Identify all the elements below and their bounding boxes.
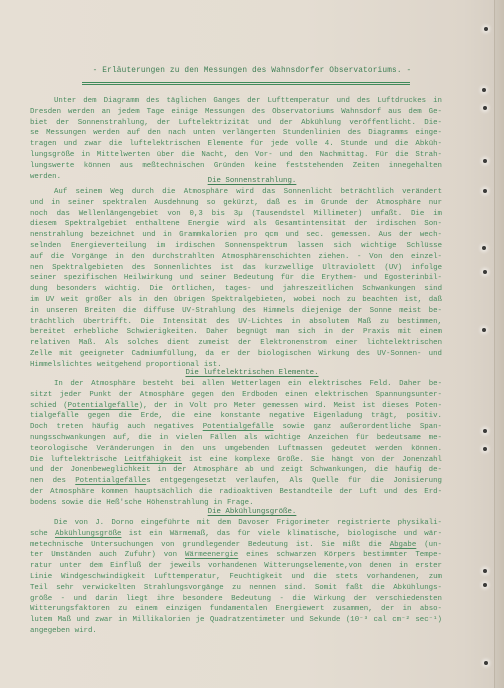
text-line: bereitet erhebliche Schwierigkeiten. Dah… [30, 327, 442, 338]
text-line: Die von J. Dorno eingeführte mit dem Dav… [30, 518, 442, 529]
section-heading-luftelektrische-elemente: Die luftelektrischen Elemente. [0, 369, 504, 377]
text-line: tragen und zwar die luftelektrischen Ele… [30, 139, 442, 150]
text-line: trächtlich übertrifft. Die Intensität de… [30, 317, 442, 328]
text-line: Unter dem Diagramm des täglichen Ganges … [30, 96, 442, 107]
text-line: nen des Potentialgefälles entgegengesetz… [30, 476, 442, 487]
text-line: ratur unter dem Einfluß der jeweils vorh… [30, 561, 442, 572]
text-line: schied (Potentialgefälle), der in Volt p… [30, 401, 442, 412]
text-line: nungsschwankungen auf, die in vielen Fäl… [30, 433, 442, 444]
text-line: selnden Energieverteilung im irdischen S… [30, 241, 442, 252]
intro-paragraph: Unter dem Diagramm des täglichen Ganges … [30, 96, 442, 182]
text-line: nenstrahlung bezeichnet und in Grammkalo… [30, 230, 442, 241]
text-line: und der Jonenbeweglichkeit in der Atmosp… [30, 465, 442, 476]
section-paragraph-abkuehlungsgroesse: Die von J. Dorno eingeführte mit dem Dav… [30, 518, 442, 637]
document-page: - Erläuterungen zu den Messungen des Wah… [0, 0, 504, 688]
text-line: noch das Wellenlängengebiet von 0,3 bis … [30, 209, 442, 220]
text-line: nen Spektralgebieten des Sonnenlichtes i… [30, 263, 442, 274]
text-line: angegeben wird. [30, 626, 442, 637]
binder-hole [482, 328, 486, 332]
text-line: lungswerte können aus meßtechnischen Grü… [30, 161, 442, 172]
text-line: Doch treten häufig auch negatives Potent… [30, 422, 442, 433]
heading-text: Die luftelektrischen Elemente. [185, 369, 318, 377]
text-line: der Atmosphäre kommen hauptsächlich die … [30, 487, 442, 498]
text-line: tialgefälle gegen die Erde, die eine kon… [30, 411, 442, 422]
text-line: In der Atmosphäre besteht bei allen Wett… [30, 379, 442, 390]
text-line: auf die Vorgänge in den durchstrahlten A… [30, 252, 442, 263]
page-edge [494, 0, 504, 688]
section-paragraph-luftelektrische-elemente: In der Atmosphäre besteht bei allen Wett… [30, 379, 442, 509]
binder-hole [483, 583, 487, 587]
binder-hole [484, 661, 488, 665]
text-line: seiner spezifischen Heilwirkung und sein… [30, 273, 442, 284]
binder-hole [483, 429, 487, 433]
heading-text: Die Sonnenstrahlung. [208, 177, 297, 185]
text-line: diesem Spektralgebiet enthaltene Energie… [30, 219, 442, 230]
binder-hole [484, 27, 488, 31]
binder-hole [483, 447, 487, 451]
text-line: dung besonders wichtig. Die örtlichen, t… [30, 284, 442, 295]
text-line: ter Umständen auch Zufuhr) von Wärmeener… [30, 550, 442, 561]
text-line: Teil sehr verwickelten Strahlungsvorgäng… [30, 583, 442, 594]
text-line: Auf seinem Weg durch die Atmosphäre wird… [30, 187, 442, 198]
text-line: Zelle mit geeigneter Cadmiumfüllung, da … [30, 349, 442, 360]
heading-text: Die Abkühlungsgröße. [208, 508, 297, 516]
text-line: lungsgröße in Mittelwerten über die Nach… [30, 150, 442, 161]
text-line: se Messungen werden auf den nach unten v… [30, 128, 442, 139]
text-line: lutem Maß und zwar in Millikalorien je Q… [30, 615, 442, 626]
text-line: in unseren Breiten die diffuse UV-Strahl… [30, 306, 442, 317]
text-line: sche Abkühlungsgröße ist ein Wärmemaß, d… [30, 529, 442, 540]
binder-hole [483, 270, 487, 274]
text-line: Linie Windgeschwindigkeit Lufttemperatur… [30, 572, 442, 583]
section-heading-sonnenstrahlung: Die Sonnenstrahlung. [0, 177, 504, 185]
text-line: relativen Maß. Als solches dient zumeist… [30, 338, 442, 349]
text-line: teorologische Veränderungen in den uns u… [30, 444, 442, 455]
text-line: sitzt jeder Punkt der Atmosphäre gegen d… [30, 390, 442, 401]
text-line: im UV weit größer als in den übrigen Spe… [30, 295, 442, 306]
binder-hole [483, 159, 487, 163]
text-line: metechnische Untersuchungen von grundleg… [30, 540, 442, 551]
binder-hole [483, 106, 487, 110]
binder-hole [483, 189, 487, 193]
section-heading-abkuehlungsgroesse: Die Abkühlungsgröße. [0, 508, 504, 516]
section-paragraph-sonnenstrahlung: Auf seinem Weg durch die Atmosphäre wird… [30, 187, 442, 371]
document-title: - Erläuterungen zu den Messungen des Wah… [0, 67, 504, 75]
text-line: Dresden werden an jedem Tage einige Mess… [30, 107, 442, 118]
text-line: und in seiner spektralen Ausdehnung so g… [30, 198, 442, 209]
binder-hole [482, 246, 486, 250]
text-line: biet der Sonnenstrahlung, der Luftelektr… [30, 118, 442, 129]
text-line: bodens sowie die Heß'sche Höhenstrahlung… [30, 498, 442, 509]
title-double-underline [82, 82, 410, 85]
text-line: größe - und darin liegt ihre besondere B… [30, 594, 442, 605]
binder-hole [483, 569, 487, 573]
text-line: Die luftelektrische Leitfähigkeit ist ei… [30, 455, 442, 466]
binder-hole [482, 88, 486, 92]
text-line: Witterungsfaktoren zu einem einzigen fun… [30, 604, 442, 615]
